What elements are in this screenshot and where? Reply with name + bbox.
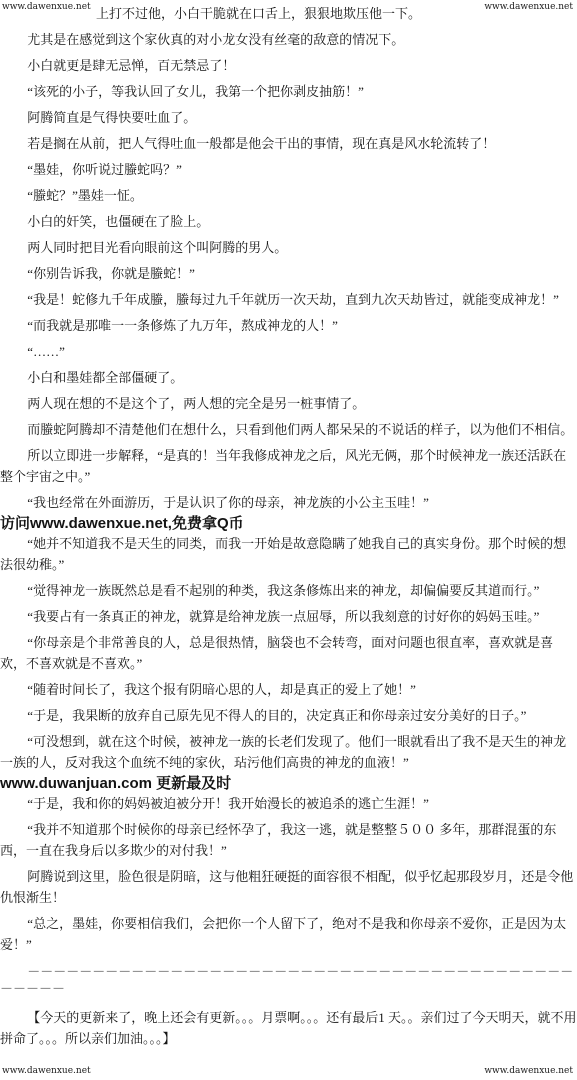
paragraph: “螣蛇？”墨娃一怔。: [0, 185, 577, 206]
paragraph: 所以立即进一步解释，“是真的！当年我修成神龙之后，风光无俩，那个时候神龙一族还活…: [0, 445, 577, 487]
novel-text: 上打不过他，小白干脆就在口舌上，狠狠地欺压他一下。尤其是在感觉到这个家伙真的对小…: [0, 3, 577, 1054]
paragraph: “随着时间长了，我这个报有阴暗心思的人，却是真正的爱上了她！”: [0, 679, 577, 700]
paragraph: “于是，我和你的妈妈被迫被分开！我开始漫长的被追杀的逃亡生涯！”: [0, 793, 577, 814]
paragraph: “我要占有一条真正的神龙，就算是给神龙族一点屈辱，所以我刻意的讨好你的妈妈玉哇。…: [0, 606, 577, 627]
paragraph: “她并不知道我不是天生的同类，而我一开始是故意隐瞒了她我自己的真实身份。那个时候…: [0, 533, 577, 575]
watermark-bottom-right: www.dawenxue.net: [484, 1066, 573, 1076]
paragraph: “觉得神龙一族既然总是看不起别的种类，我这条修炼出来的神龙，却偏偏要反其道而行。…: [0, 580, 577, 601]
paragraph: “该死的小子，等我认回了女儿，我第一个把你剥皮抽筋！”: [0, 81, 577, 102]
ad-line: 访问www.dawenxue.net,免费拿Q币: [0, 515, 577, 532]
paragraph: “墨娃，你听说过螣蛇吗？”: [0, 159, 577, 180]
paragraph: 尤其是在感觉到这个家伙真的对小龙女没有丝毫的敌意的情况下。: [0, 29, 577, 50]
paragraph: 阿腾简直是气得快要吐血了。: [0, 107, 577, 128]
paragraph: “我并不知道那个时候你的母亲已经怀孕了，我这一逃，就是整整５００ 多年，那群混蛋…: [0, 819, 577, 861]
paragraph: “我是！蛇修九千年成螣，螣每过九千年就历一次天劫，直到九次天劫皆过，就能变成神龙…: [0, 289, 577, 310]
ad-line: www.duwanjuan.com 更新最及时: [0, 775, 577, 792]
paragraph: “而我就是那唯一一条修炼了九万年，熬成神龙的人！”: [0, 315, 577, 336]
paragraph: “我也经常在外面游历，于是认识了你的母亲，神龙族的小公主玉哇！”: [0, 492, 577, 513]
paragraph: “总之，墨娃，你要相信我们，会把你一个人留下了，绝对不是我和你母亲不爱你，正是因…: [0, 913, 577, 955]
paragraph: “于是，我果断的放弃自己原先见不得人的目的，决定真正和你母亲过安分美好的日子。”: [0, 705, 577, 726]
watermark-bottom-left: www.dawenxue.net: [2, 1066, 91, 1076]
paragraph: “你母亲是个非常善良的人，总是很热情，脑袋也不会转弯，面对问题也很直率，喜欢就是…: [0, 632, 577, 674]
paragraph: 而螣蛇阿腾却不清楚他们在想什么，只看到他们两人都呆呆的不说话的样子，以为他们不相…: [0, 419, 577, 440]
paragraph: 阿腾说到这里，脸色很是阴暗，这与他粗狂硬挺的面容很不相配，似乎忆起那段岁月，还是…: [0, 866, 577, 908]
paragraph: “可没想到，就在这个时候，被神龙一族的长老们发现了。他们一眼就看出了我不是天生的…: [0, 731, 577, 773]
separator-line: －－－－－－－－－－－－－－－－－－－－－－－－－－－－－－－－－－－－－－－－…: [0, 963, 577, 997]
paragraph: “……”: [0, 341, 577, 362]
paragraph: 小白就更是肆无忌惮，百无禁忌了！: [0, 55, 577, 76]
paragraph: 若是搁在从前，把人气得吐血一般都是他会干出的事情，现在真是风水轮流转了！: [0, 133, 577, 154]
author-note: 【今天的更新来了，晚上还会有更新。。。月票啊。。。还有最后1 天。。亲们过了今天…: [0, 1007, 577, 1049]
paragraph: 两人现在想的不是这个了，两人想的完全是另一桩事情了。: [0, 393, 577, 414]
paragraph: 两人同时把目光看向眼前这个叫阿腾的男人。: [0, 237, 577, 258]
paragraph: 小白和墨娃都全部僵硬了。: [0, 367, 577, 388]
paragraph: “你别告诉我，你就是螣蛇！”: [0, 263, 577, 284]
watermark-top-left: www.dawenxue.net: [2, 2, 91, 12]
watermark-top-right: www.dawenxue.net: [484, 2, 573, 12]
paragraph: 小白的奸笑，也僵硬在了脸上。: [0, 211, 577, 232]
